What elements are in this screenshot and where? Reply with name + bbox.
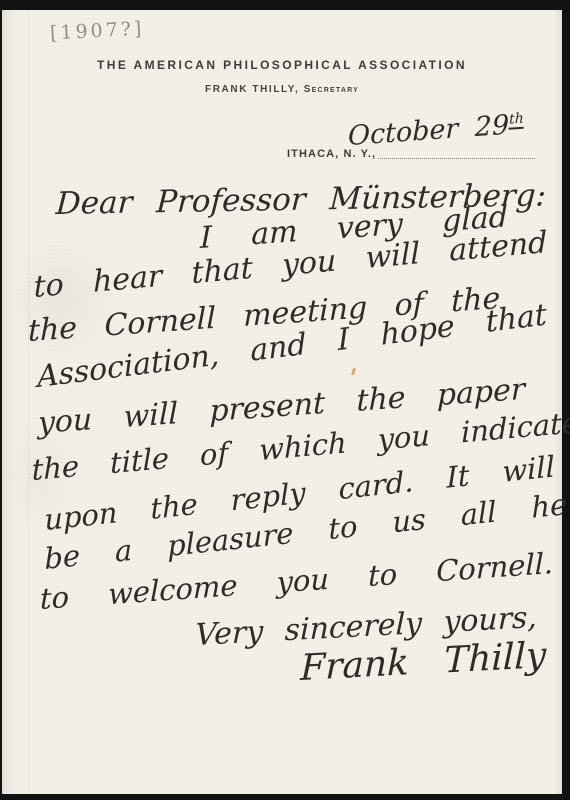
secretary-title: Secretary	[304, 84, 359, 95]
fold-crease	[28, 10, 30, 794]
organization-name: THE AMERICAN PHILOSOPHICAL ASSOCIATION	[2, 58, 562, 72]
date-dotted-rule	[378, 157, 535, 159]
date-ordinal-suffix: th	[509, 111, 524, 130]
scanned-letter: [1907?] THE AMERICAN PHILOSOPHICAL ASSOC…	[0, 0, 570, 800]
secretary-name: FRANK THILLY,	[205, 84, 299, 95]
secretary-line: FRANK THILLY, Secretary	[2, 84, 562, 95]
